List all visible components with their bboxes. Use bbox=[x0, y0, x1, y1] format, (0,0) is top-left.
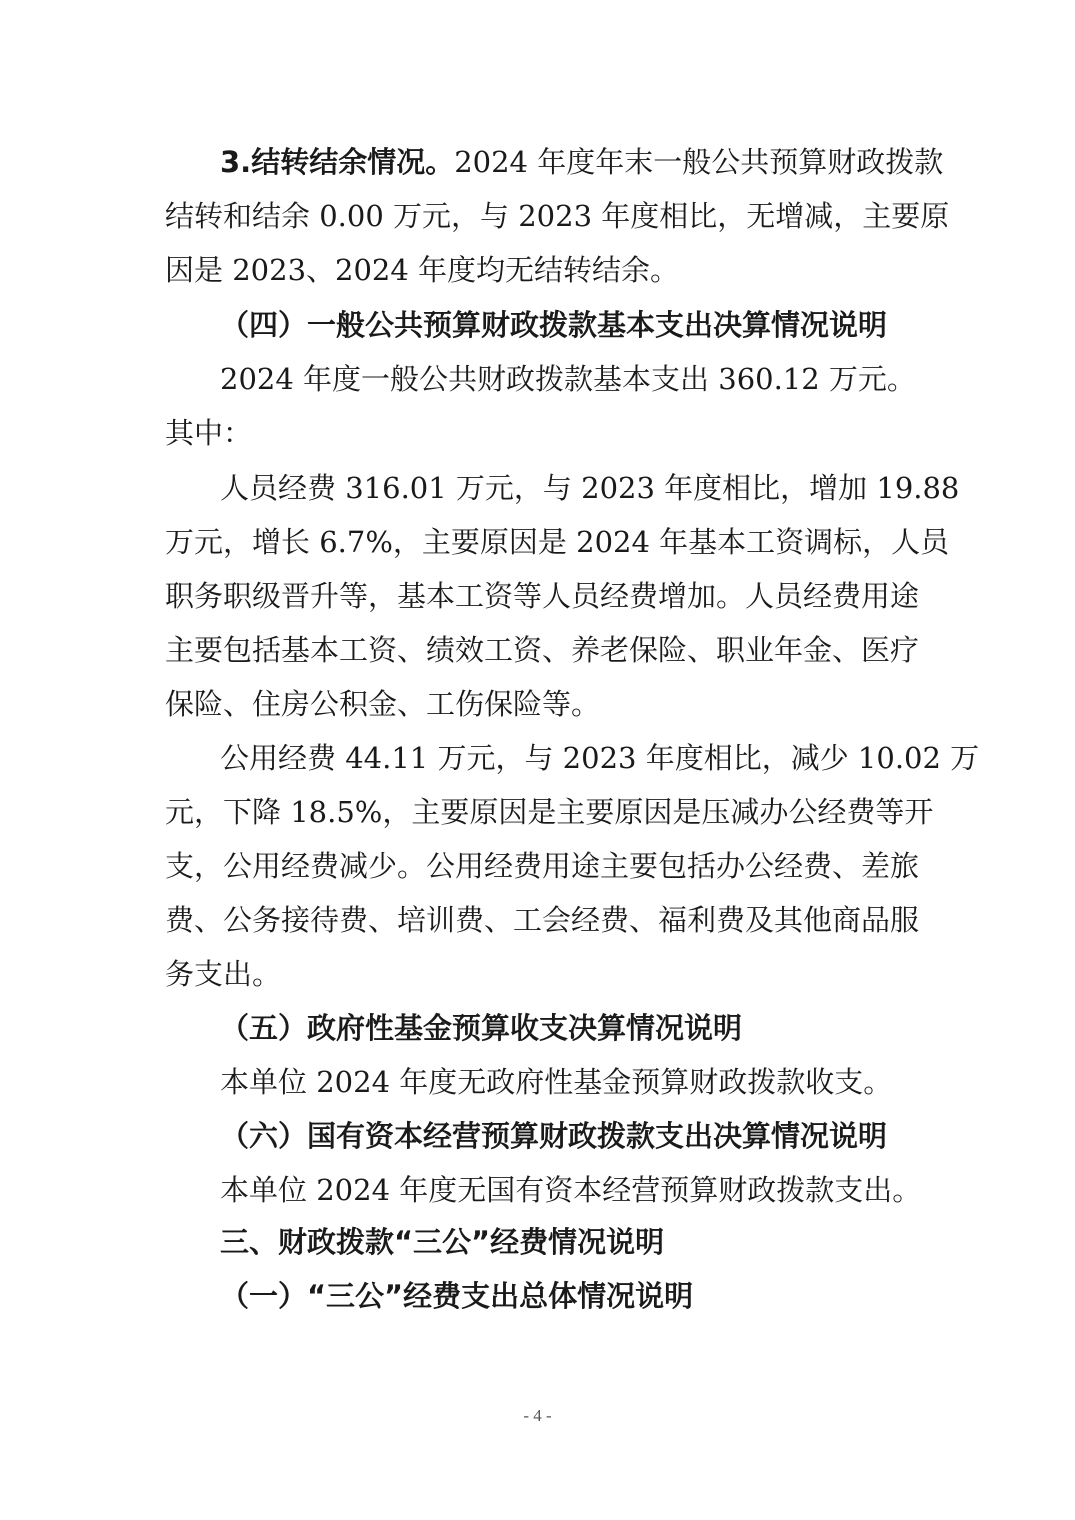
section-five-body: 本单位 2024 年度无政府性基金预算财政拨款收支。 bbox=[220, 1062, 913, 1102]
section-four-intro-2: 其中： bbox=[165, 413, 913, 453]
carryover-line-2: 结转和结余 0.00 万元，与 2023 年度相比，无增减，主要原 bbox=[165, 196, 913, 236]
section-five-heading: （五）政府性基金预算收支决算情况说明 bbox=[220, 1008, 913, 1048]
part-three-subheading: （一）“三公”经费支出总体情况说明 bbox=[220, 1276, 913, 1316]
carryover-lead: 3.结转结余情况。 bbox=[220, 145, 454, 179]
public-line-4: 费、公务接待费、培训费、工会经费、福利费及其他商品服 bbox=[165, 900, 913, 940]
personnel-line-4: 主要包括基本工资、绩效工资、养老保险、职业年金、医疗 bbox=[165, 630, 913, 670]
carryover-line-1: 3.结转结余情况。2024 年度年末一般公共预算财政拨款 bbox=[220, 142, 913, 182]
section-four-intro-1: 2024 年度一般公共财政拨款基本支出 360.12 万元。 bbox=[220, 359, 913, 399]
section-four-heading: （四）一般公共预算财政拨款基本支出决算情况说明 bbox=[220, 305, 913, 345]
personnel-line-3: 职务职级晋升等，基本工资等人员经费增加。人员经费用途 bbox=[165, 576, 913, 616]
personnel-line-2: 万元，增长 6.7%，主要原因是 2024 年基本工资调标，人员 bbox=[165, 522, 913, 562]
document-page: 3.结转结余情况。2024 年度年末一般公共预算财政拨款 结转和结余 0.00 … bbox=[0, 0, 1075, 1520]
carryover-text: 2024 年度年末一般公共预算财政拨款 bbox=[454, 145, 943, 179]
section-six-body: 本单位 2024 年度无国有资本经营预算财政拨款支出。 bbox=[220, 1170, 913, 1210]
section-six-heading: （六）国有资本经营预算财政拨款支出决算情况说明 bbox=[220, 1116, 913, 1156]
page-number: - 4 - bbox=[0, 1406, 1075, 1426]
public-line-1: 公用经费 44.11 万元，与 2023 年度相比，减少 10.02 万 bbox=[220, 738, 913, 778]
personnel-line-5: 保险、住房公积金、工伤保险等。 bbox=[165, 684, 913, 724]
public-line-2: 元，下降 18.5%，主要原因是主要原因是压减办公经费等开 bbox=[165, 792, 913, 832]
public-line-5: 务支出。 bbox=[165, 954, 913, 994]
public-line-3: 支，公用经费减少。公用经费用途主要包括办公经费、差旅 bbox=[165, 846, 913, 886]
part-three-heading: 三、财政拨款“三公”经费情况说明 bbox=[220, 1222, 913, 1262]
carryover-line-3: 因是 2023、2024 年度均无结转结余。 bbox=[165, 250, 913, 290]
personnel-line-1: 人员经费 316.01 万元，与 2023 年度相比，增加 19.88 bbox=[220, 468, 913, 508]
